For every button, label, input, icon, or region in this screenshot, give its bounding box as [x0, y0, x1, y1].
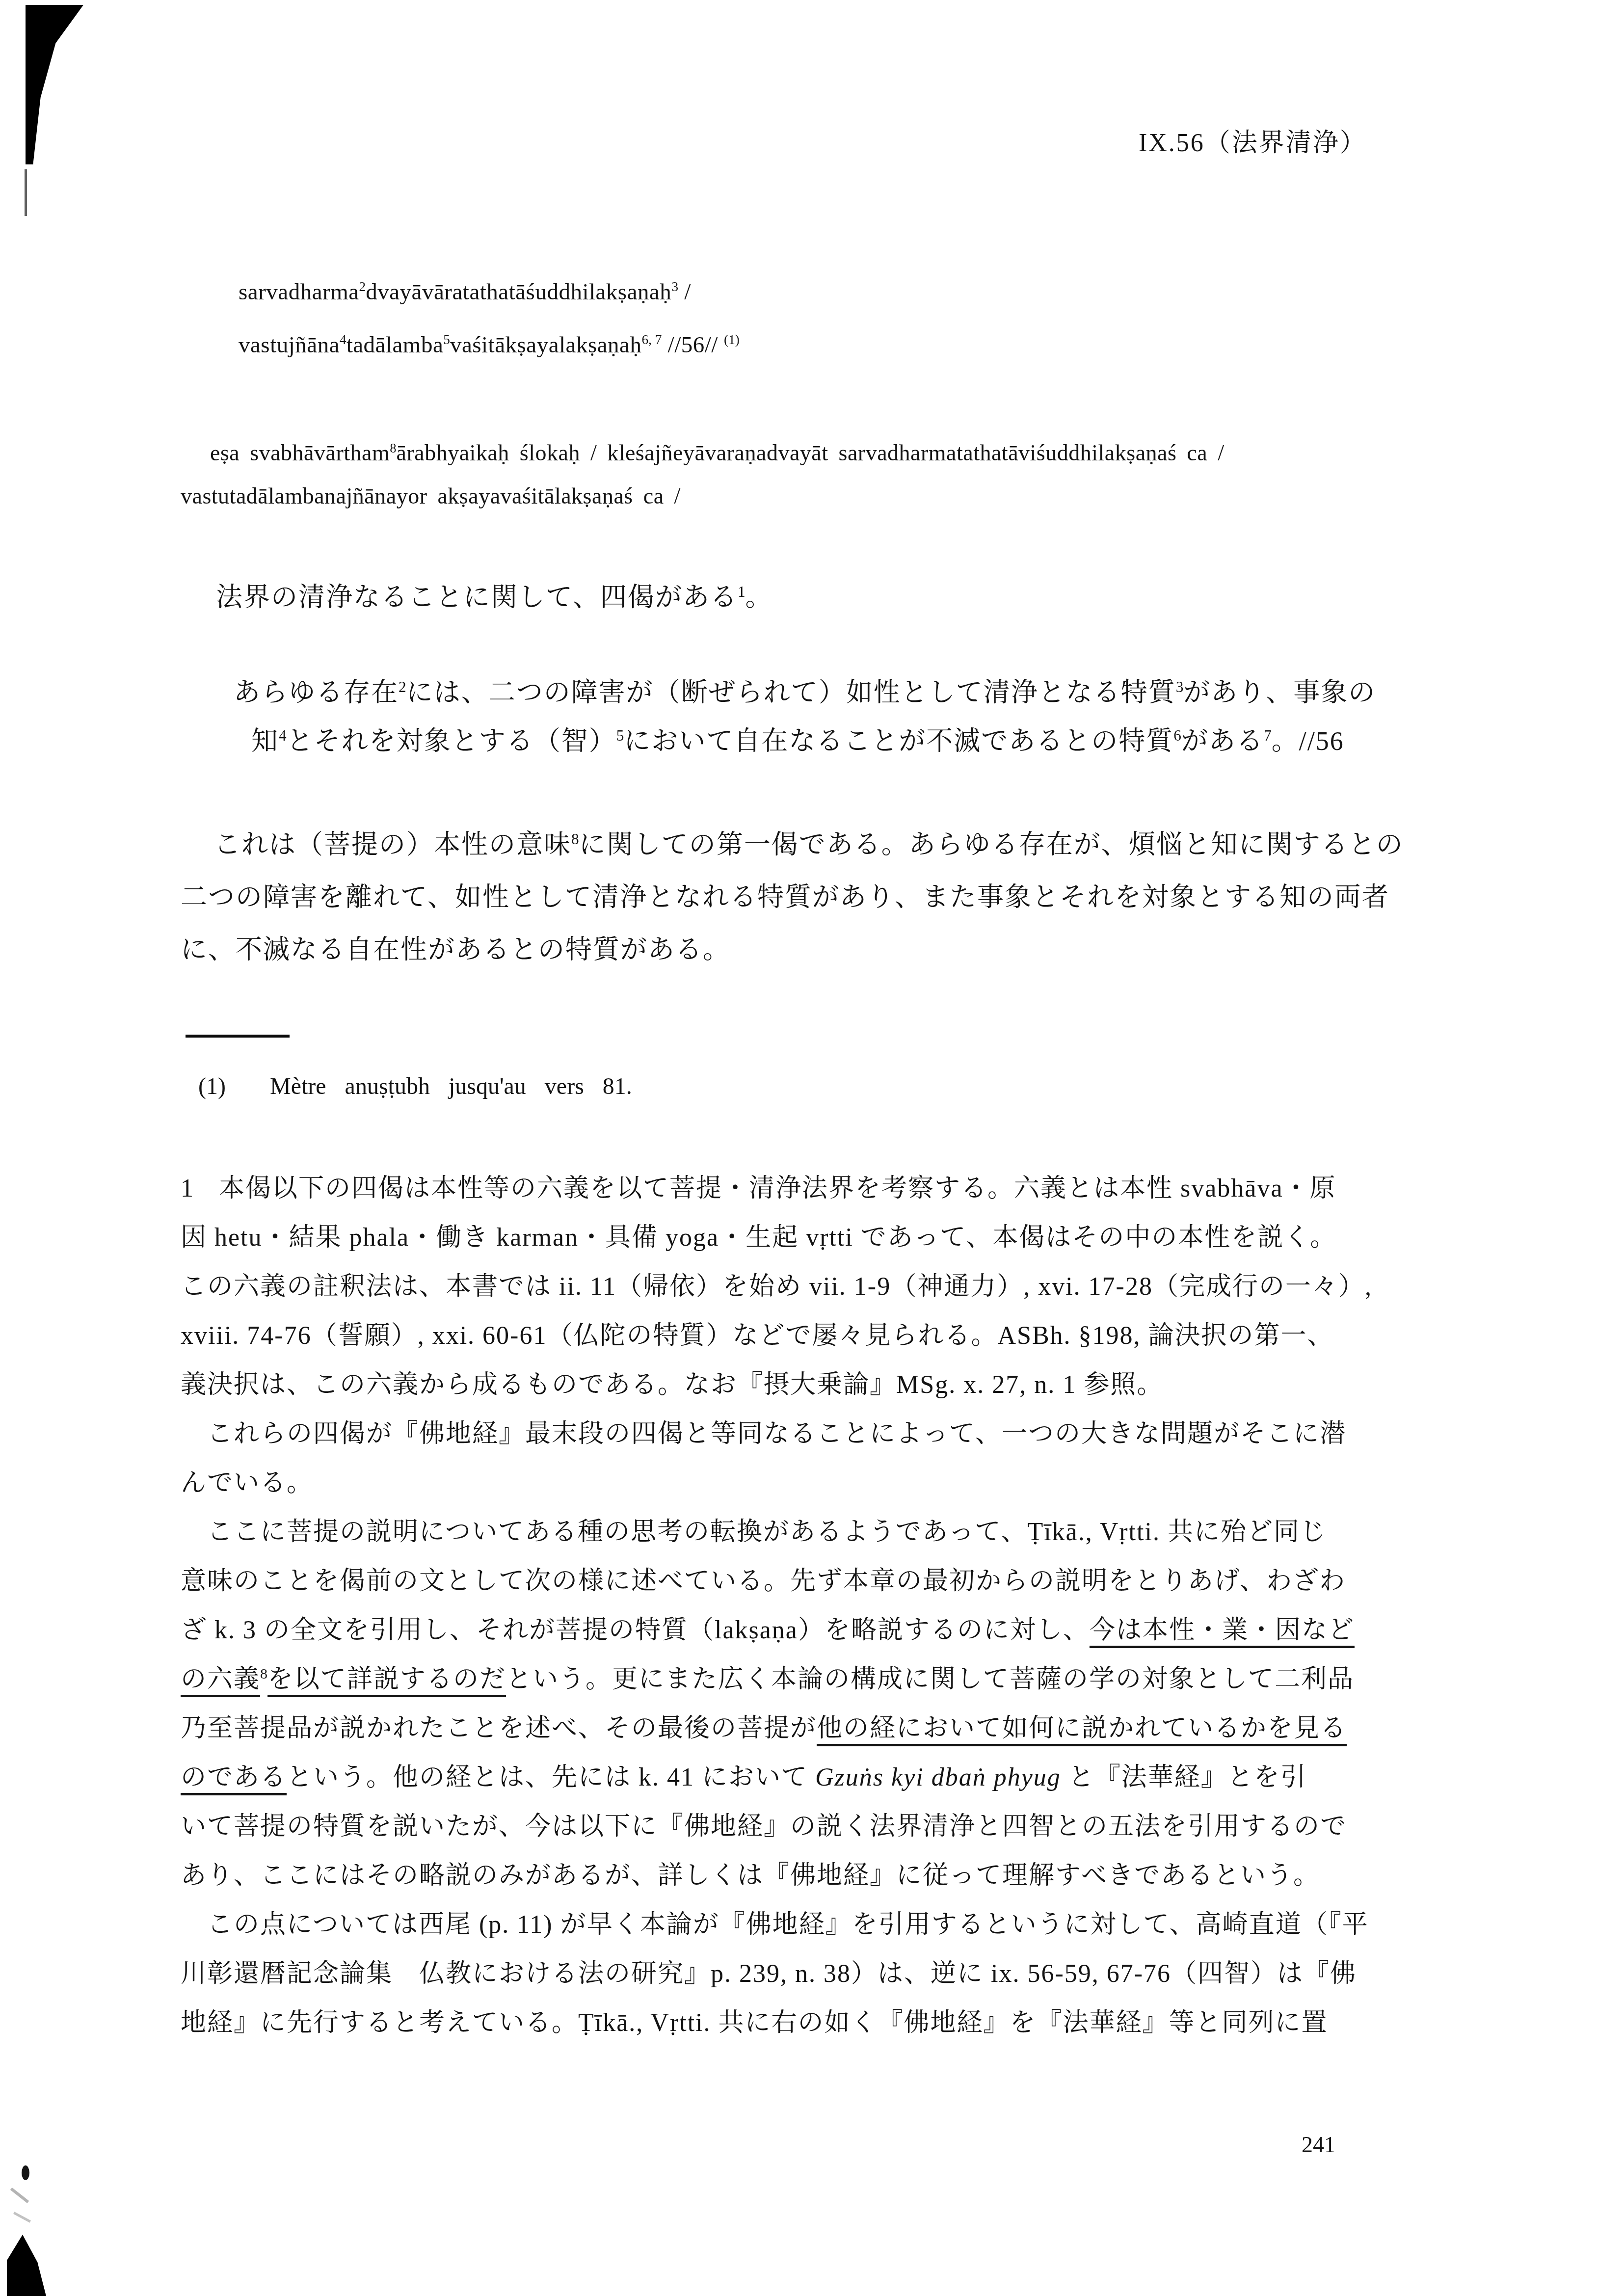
running-head: IX.56（法界清浄） — [1139, 129, 1367, 158]
page-number: 241 — [1302, 2132, 1335, 2158]
jp-verse-line-2: 知4とそれを対象とする（智）5において自在なることが不滅であるとの特質6がある7… — [251, 726, 1344, 756]
jp-intro-line: 法界の清浄なることに関して、四偈がある1。 — [216, 582, 773, 613]
sanskrit-prose-line-1: eṣa svabhāvārtham8ārabhyaikaḥ ślokaḥ / k… — [210, 440, 1224, 466]
footnote-rule — [186, 1035, 290, 1038]
note1-line-1: 1本偈以下の四偈は本性等の六義を以て菩提・清浄法界を考察する。六義とは本性 sv… — [181, 1174, 1336, 1203]
note1-line-13: のであるという。他の経とは、先には k. 41 において Gzuṅs kyi d… — [181, 1763, 1307, 1792]
note1-line-18: 地経』に先行すると考えている。Ṭīkā., Vṛtti. 共に右の如く『佛地経』… — [181, 2008, 1328, 2038]
jp-commentary-line-3: に、不滅なる自在性があるとの特質がある。 — [181, 934, 730, 965]
note1-line-7: んでいる。 — [181, 1468, 313, 1498]
jp-commentary-line-1: これは（菩提の）本性の意味8に関しての第一偈である。あらゆる存在が、煩悩と知に関… — [214, 829, 1404, 860]
sanskrit-verse-line-1: sarvadharma2dvayāvāratathatāśuddhilakṣaṇ… — [239, 279, 691, 305]
scan-artifact-squiggle-2 — [13, 2212, 31, 2222]
note1-line-11: の六義8を以て詳説するのだという。更にまた広く本論の構成に関して菩薩の学の対象と… — [181, 1665, 1354, 1694]
note1-line-14: いて菩提の特質を説いたが、今は以下に『佛地経』の説く法界清浄と四智との五法を引用… — [181, 1812, 1347, 1842]
sanskrit-verse-line-2: vastujñāna4tadālamba5vaśitākṣayalakṣaṇaḥ… — [239, 332, 740, 358]
note1-line-8: ここに菩提の説明についてある種の思考の転換があるようであって、Ṭīkā., Vṛ… — [181, 1518, 1327, 1547]
note1-line-6: これらの四偈が『佛地経』最末段の四偈と等同なることによって、一つの大きな問題がそ… — [181, 1419, 1346, 1449]
sanskrit-prose-line-2: vastutadālambanajñānayor akṣayavaśitālak… — [181, 483, 681, 509]
note1-line-12: 乃至菩提品が説かれたことを述べ、その最後の菩提が他の経において如何に説かれている… — [181, 1714, 1347, 1743]
note1-line-15: あり、ここにはその略説のみがあるが、詳しくは『佛地経』に従って理解すべきであると… — [181, 1861, 1320, 1891]
scan-artifact-squiggle-1 — [10, 2188, 29, 2203]
scan-artifact-top-left-line — [25, 169, 27, 216]
scanned-page: IX.56（法界清浄） sarvadharma2dvayāvāratathatā… — [0, 0, 1624, 2296]
note1-line-17: 川彰還暦記念論集 仏教における法の研究』p. 239, n. 38）は、逆に i… — [181, 1959, 1357, 1989]
scan-artifact-top-left — [26, 5, 83, 164]
scan-artifact-bottom-left — [7, 2235, 46, 2296]
jp-verse-line-1: あらゆる存在2には、二つの障害が（断ぜられて）如性として清浄となる特質3があり、… — [234, 677, 1376, 708]
note1-line-10: ざ k. 3 の全文を引用し、それが菩提の特質（lakṣaṇa）を略説するのに対… — [181, 1616, 1355, 1645]
footnote-metre: (1)Mètre anuṣṭubh jusqu'au vers 81. — [198, 1073, 632, 1100]
note1-line-4: xviii. 74-76（誓願）, xxi. 60-61（仏陀の特質）などで屡々… — [181, 1321, 1334, 1351]
jp-commentary-line-2: 二つの障害を離れて、如性として清浄となれる特質があり、また事象とそれを対象とする… — [181, 882, 1389, 912]
note1-line-9: 意味のことを偈前の文として次の様に述べている。先ず本章の最初からの説明をとりあげ… — [181, 1567, 1346, 1596]
note1-line-2: 因 hetu・結果 phala・働き karman・具備 yoga・生起 vṛt… — [181, 1223, 1336, 1253]
note1-line-3: この六義の註釈法は、本書では ii. 11（帰依）を始め vii. 1-9（神通… — [181, 1272, 1372, 1302]
note1-line-16: この点については西尾 (p. 11) が早く本論が『佛地経』を引用するというに対… — [181, 1910, 1369, 1940]
note1-line-5: 義決択は、この六義から成るものである。なお『摂大乗論』MSg. x. 27, n… — [181, 1370, 1163, 1400]
scan-artifact-bottom-dot — [22, 2165, 29, 2180]
